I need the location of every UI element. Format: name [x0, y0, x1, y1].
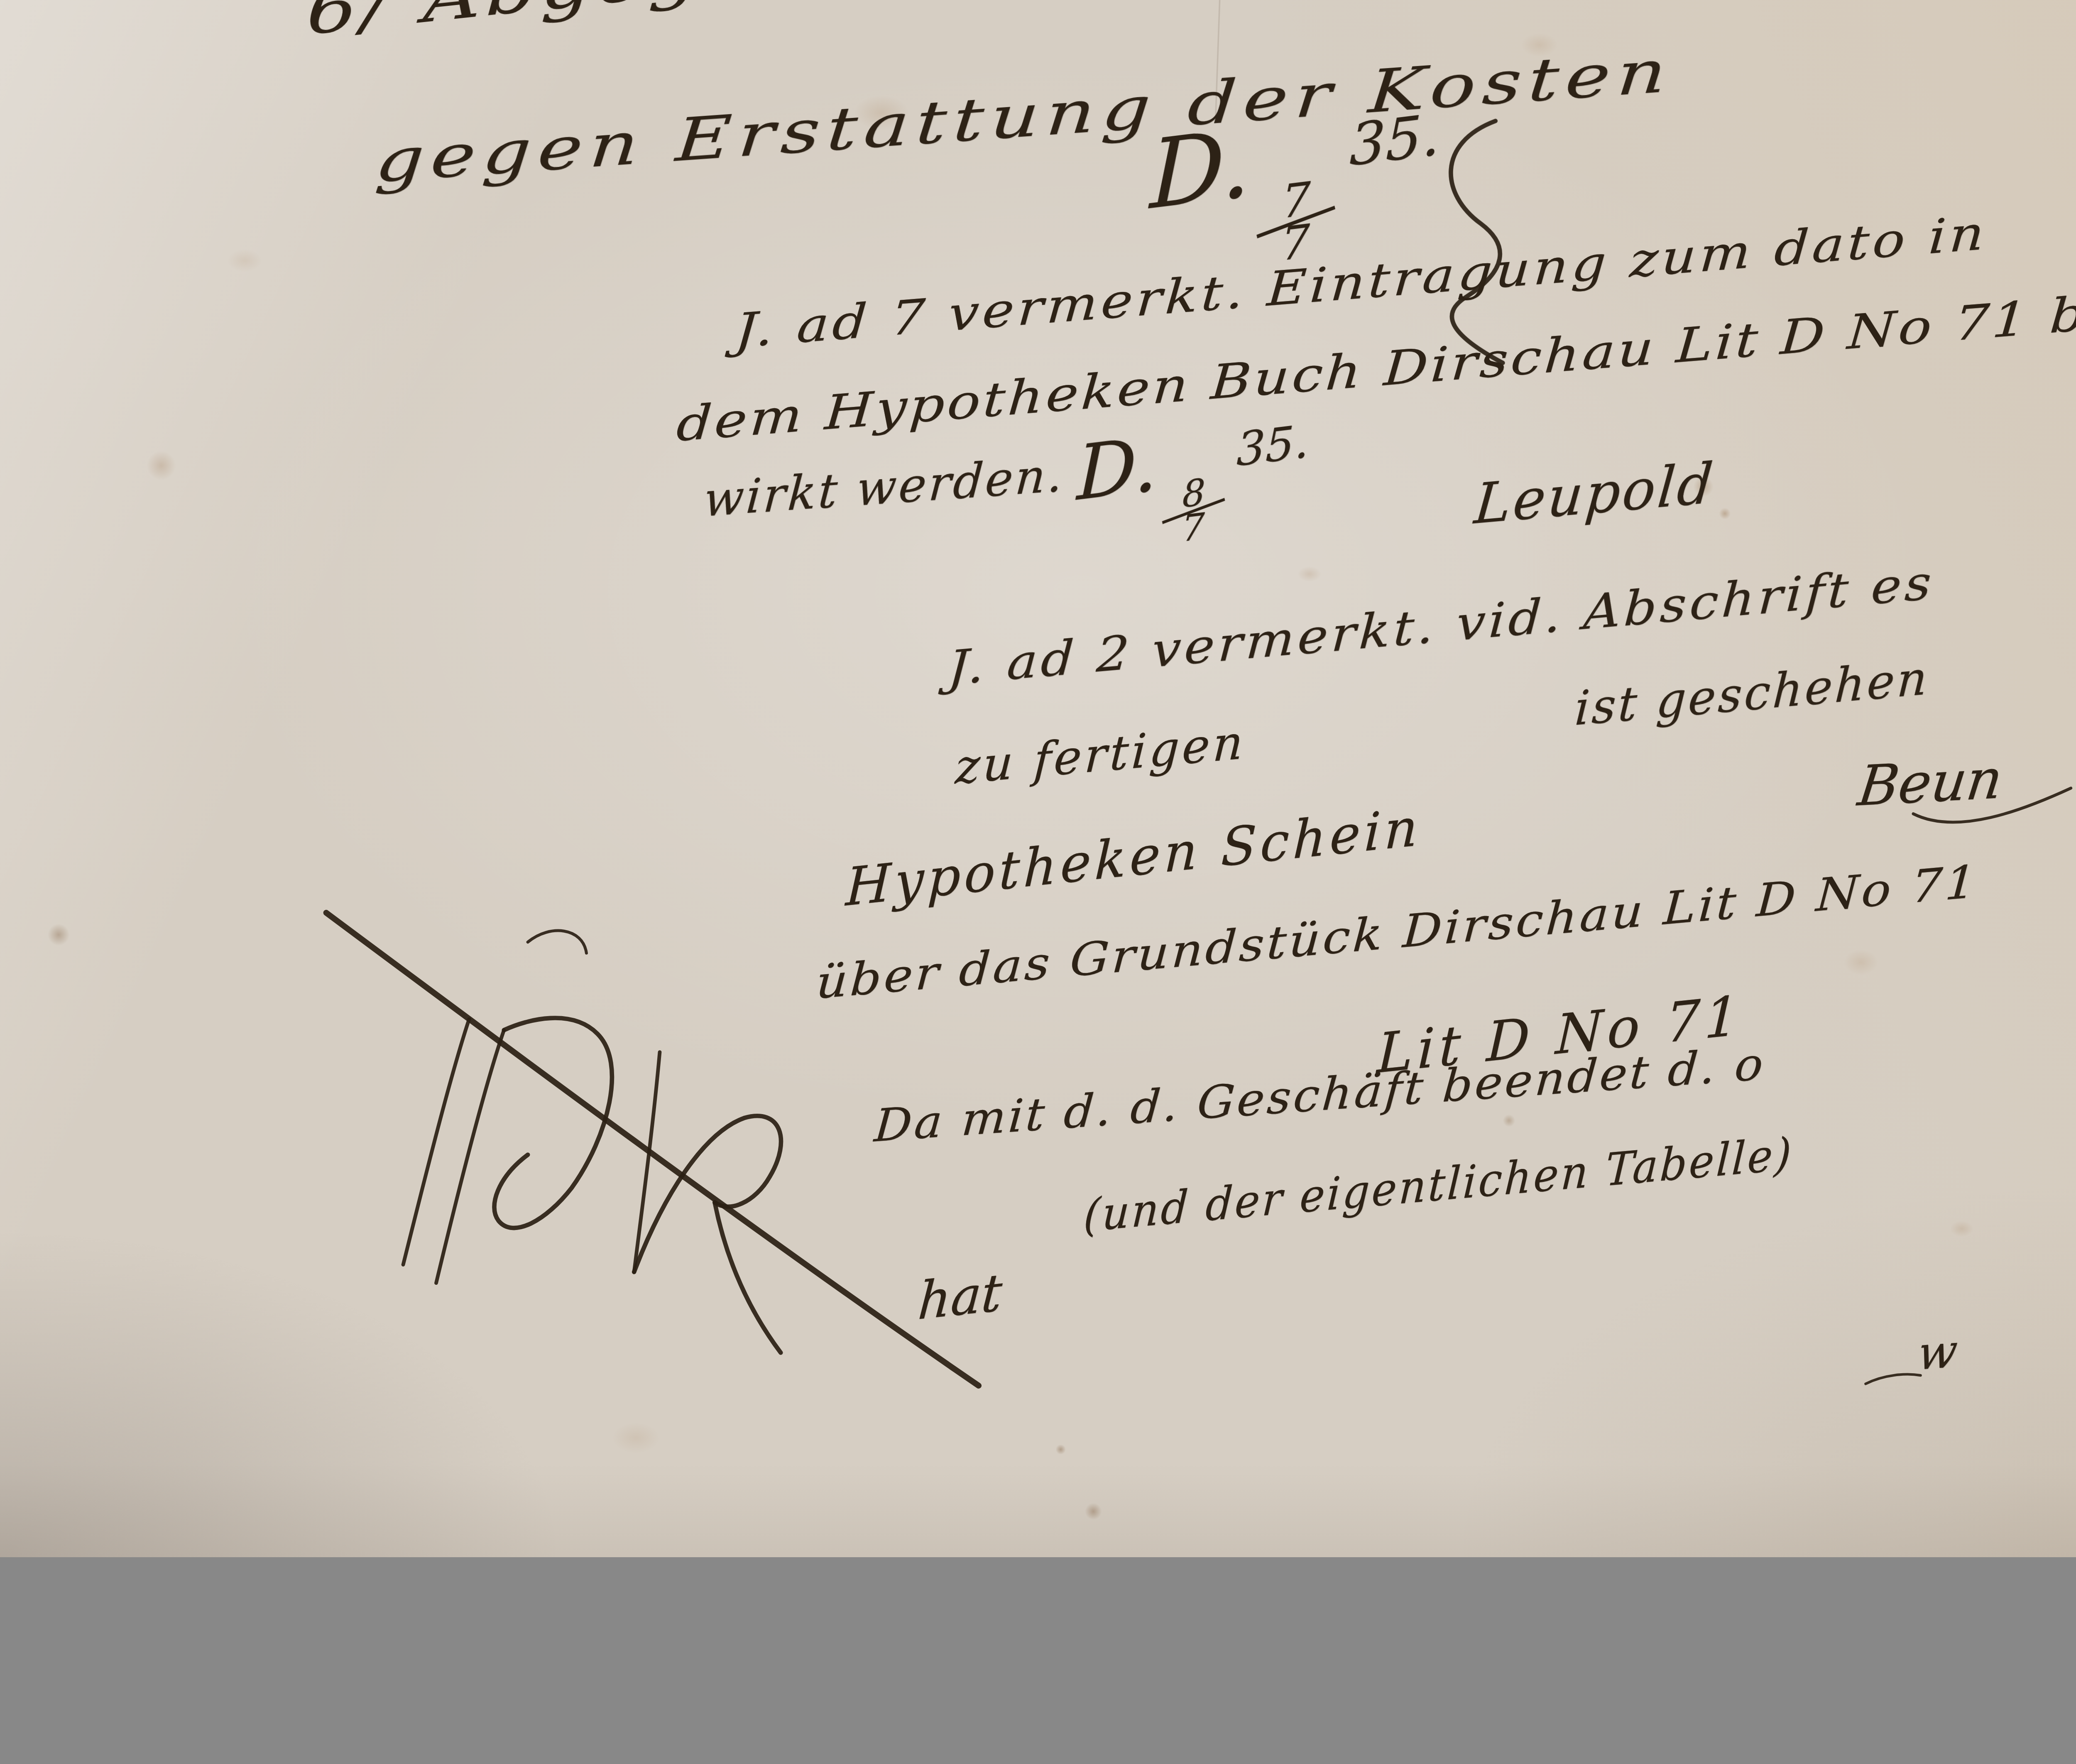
- handwriting-note-ad2-line2: zu fertigen: [954, 719, 1247, 791]
- paper-stain: [1297, 566, 1321, 582]
- date-letter-d: D.: [1149, 108, 1252, 230]
- handwriting-line-top: 6/ Abgegangen das g. W: [306, 0, 1391, 44]
- paper-stain: [1950, 1221, 1973, 1237]
- title-hypotheken-schein: Hypotheken Schein: [845, 801, 1422, 914]
- paper-stain: [147, 451, 176, 480]
- signature-leupold: Leupold: [1472, 456, 1717, 532]
- date-fraction: 77: [1255, 176, 1337, 268]
- paper-stain: [1085, 1503, 1102, 1520]
- signature-tail-stroke: [1899, 755, 2076, 851]
- date-fraction: 87: [1161, 475, 1226, 548]
- paper-stain: [48, 924, 70, 946]
- date-note-8-7-35: D.8735.: [1075, 408, 1309, 558]
- paper-stain: [1503, 1115, 1515, 1127]
- fraction-denominator: 7: [1280, 222, 1310, 265]
- fraction-denominator: 7: [1181, 511, 1205, 545]
- paper-stain: [612, 1422, 660, 1453]
- corner-mark: w: [1916, 1328, 1960, 1377]
- date-year: 35.: [1236, 414, 1309, 477]
- paper-stain: [1055, 1444, 1066, 1455]
- paper-stain: [1843, 949, 1878, 975]
- paper-stain: [1719, 508, 1731, 519]
- handwriting-closing-line2: (und der eigentlichen Tabelle): [1082, 1131, 1794, 1238]
- paper-stain: [227, 249, 262, 272]
- handwriting-note-ad7-line3: wirkt werden.: [702, 451, 1066, 524]
- handwriting-note-done: ist geschehen: [1574, 654, 1931, 733]
- date-letter-d: D.: [1076, 420, 1158, 518]
- corner-mark-lead-stroke: [1865, 1352, 1924, 1396]
- manuscript-page: 6/ Abgegangen das g. W gegen Erstattung …: [0, 0, 2076, 1557]
- crossed-monogram-mark: [293, 898, 1026, 1411]
